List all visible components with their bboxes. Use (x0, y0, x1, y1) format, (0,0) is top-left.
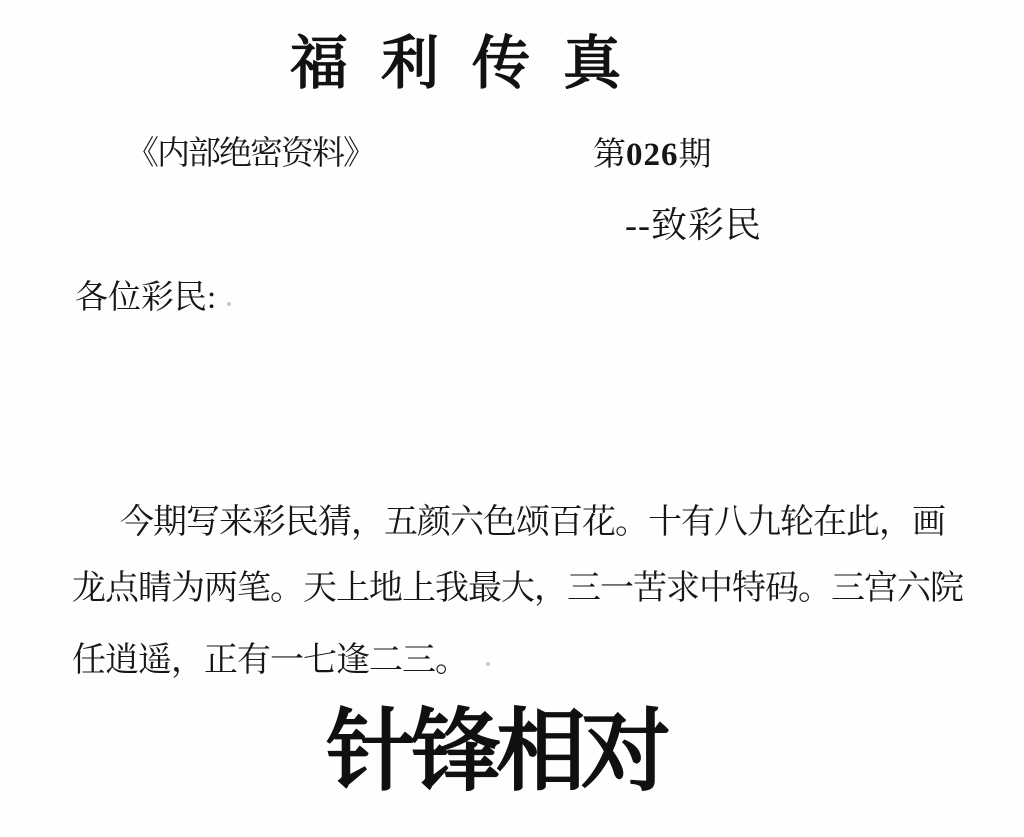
paragraph-line-2: 龙点睛为两笔。天上地上我最大，三一苦求中特码。三宫六院 (72, 570, 963, 607)
slogan-text: 针锋相对 (326, 706, 666, 801)
issue-prefix: 第 (593, 137, 626, 173)
greeting-line: 各位彩民: (75, 280, 216, 316)
scan-artifact-dot (486, 662, 490, 666)
issue-number: 第026期 (593, 137, 712, 173)
scan-artifact-dot (227, 302, 231, 306)
paragraph-line-1: 今期写来彩民猜，五颜六色颂百花。十有八九轮在此，画 (120, 504, 945, 541)
document-page: 福利传真 《内部绝密资料》 第026期 --致彩民 各位彩民: 今期写来彩民猜，… (0, 0, 1024, 837)
issue-suffix: 期 (679, 137, 712, 173)
dedication-line: --致彩民 (625, 206, 762, 246)
paragraph-line-3: 任逍遥，正有一七逢二三。 (72, 642, 468, 679)
issue-digits: 026 (626, 137, 679, 173)
classification-label: 《内部绝密资料》 (126, 136, 374, 172)
document-title: 福利传真 (290, 32, 654, 96)
